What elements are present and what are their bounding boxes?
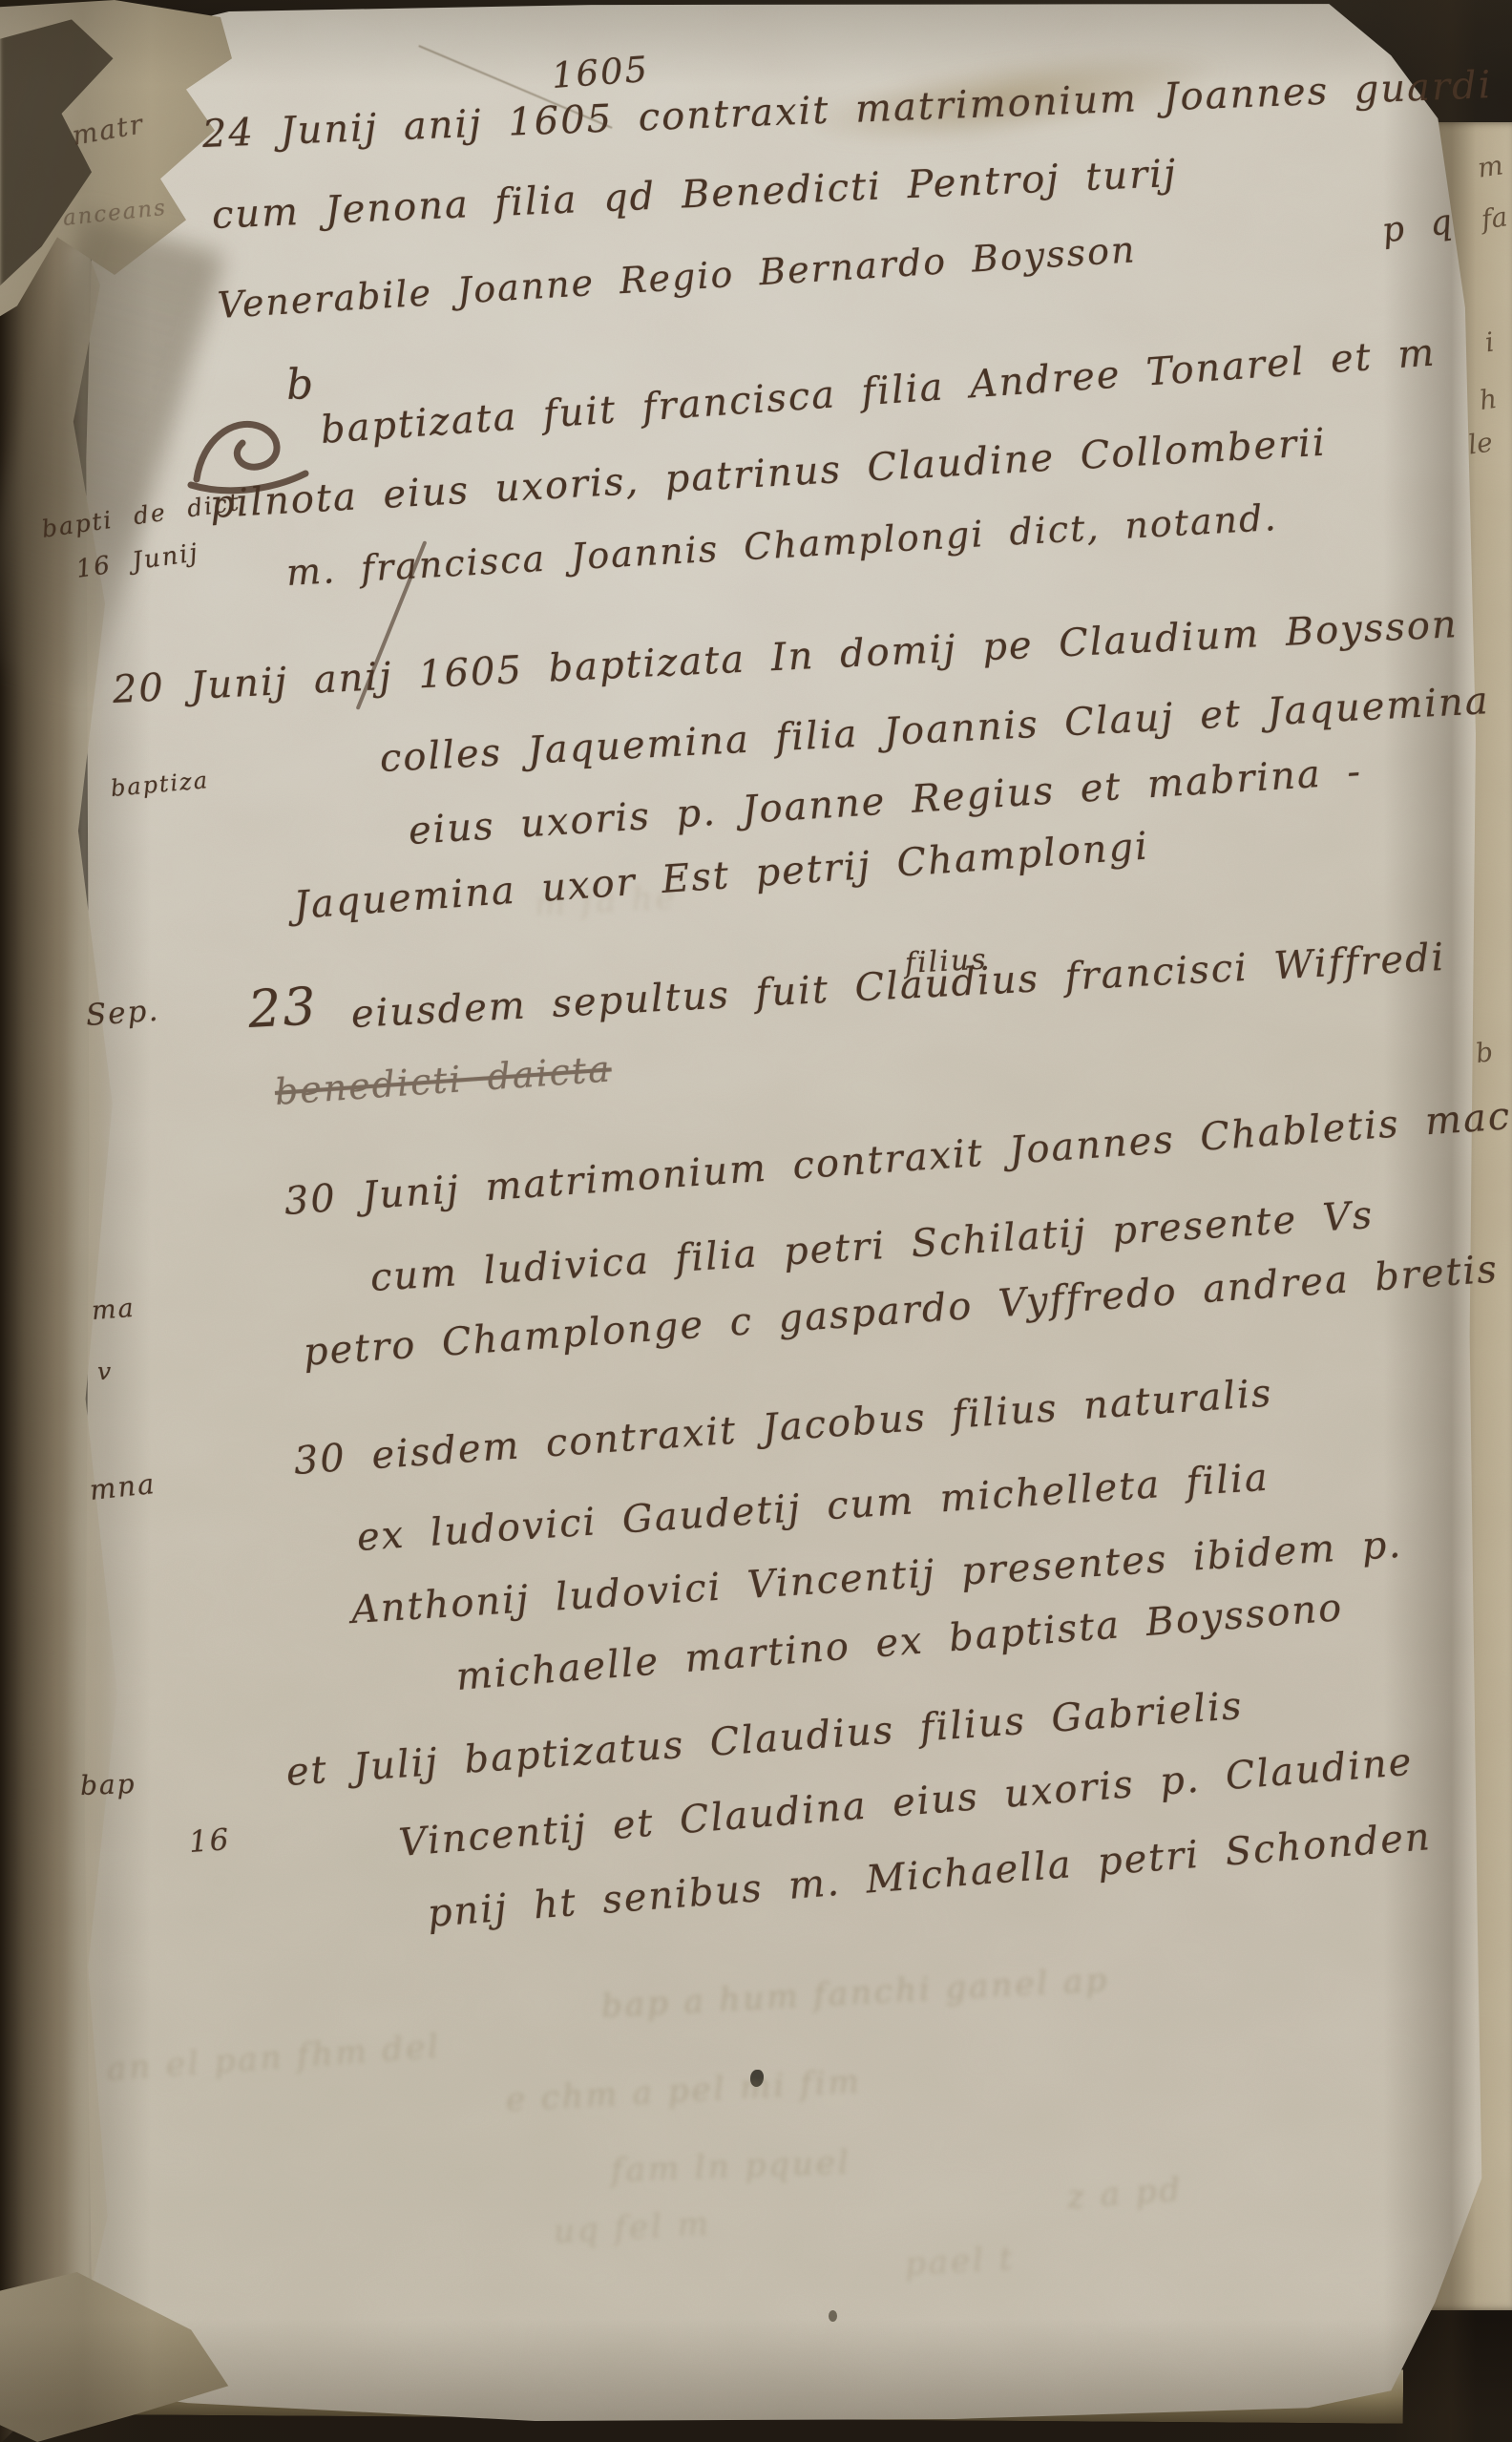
margin-note-sep: Sep. <box>85 994 161 1033</box>
edge-fragment: h <box>1478 383 1499 416</box>
stray-letter: b <box>285 360 316 410</box>
margin-note-mna: mna <box>88 1467 157 1506</box>
ink-speck <box>829 2310 837 2322</box>
edge-fragment: fa <box>1480 200 1509 235</box>
show-through-line: pael t <box>904 2240 1016 2284</box>
adjacent-page-writing: m fa i h le b <box>1430 76 1512 1413</box>
year-heading: 1605 <box>551 49 651 96</box>
margin-note-bap: bap <box>79 1768 136 1801</box>
margin-note-ma: ma <box>91 1294 136 1326</box>
margin-note-v: v <box>97 1358 113 1385</box>
entry-day-number: 23 <box>246 976 319 1040</box>
margin-note-16: 16 <box>188 1822 232 1860</box>
edge-fragment: m <box>1476 149 1505 183</box>
edge-fragment: i <box>1483 326 1496 359</box>
edge-fragment: le <box>1466 426 1495 460</box>
manuscript-photo: 1605 matr anceans 24 Junij anij 1605 con… <box>0 0 1512 2442</box>
edge-fragment: b <box>1474 1036 1495 1069</box>
show-through-line: z a pd <box>1066 2171 1185 2217</box>
